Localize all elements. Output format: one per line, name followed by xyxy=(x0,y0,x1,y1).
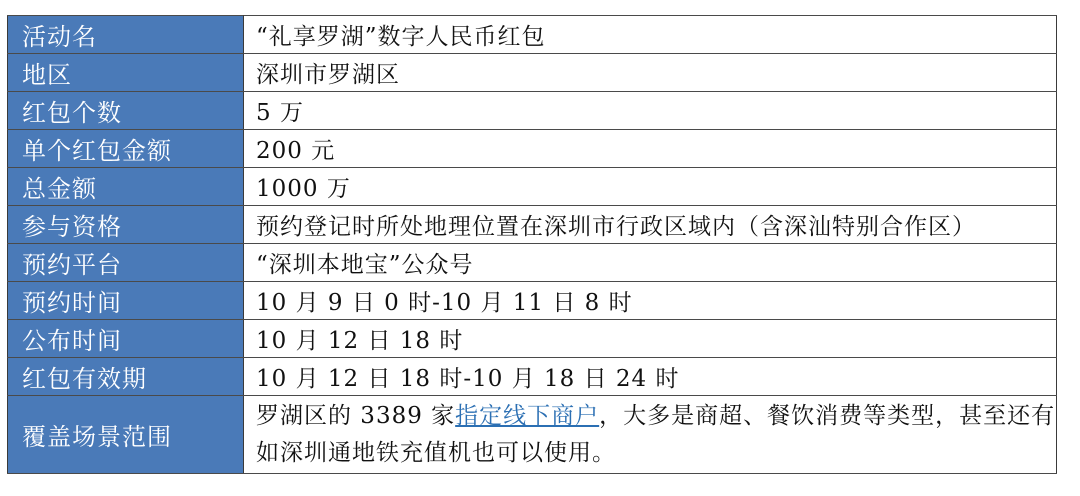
table-row: 活动名 “礼享罗湖”数字人民币红包 xyxy=(8,16,1057,54)
row-label: 红包个数 xyxy=(8,92,244,130)
row-label: 预约平台 xyxy=(8,244,244,282)
row-value: 深圳市罗湖区 xyxy=(244,54,1057,92)
row-value: “深圳本地宝”公众号 xyxy=(244,244,1057,282)
red-packet-info-table: 活动名 “礼享罗湖”数字人民币红包 地区 深圳市罗湖区 红包个数 5 万 单个红… xyxy=(7,15,1057,474)
row-label: 参与资格 xyxy=(8,206,244,244)
coverage-value: 罗湖区的 3389 家指定线下商户，大多是商超、餐饮消费等类型，甚至还有如深圳通… xyxy=(244,396,1057,474)
row-value: 200 元 xyxy=(244,130,1057,168)
table-row: 红包个数 5 万 xyxy=(8,92,1057,130)
row-value: 10 月 12 日 18 时-10 月 18 日 24 时 xyxy=(244,358,1057,396)
table-row: 预约时间 10 月 9 日 0 时-10 月 11 日 8 时 xyxy=(8,282,1057,320)
row-label: 红包有效期 xyxy=(8,358,244,396)
row-value: 5 万 xyxy=(244,92,1057,130)
row-value: “礼享罗湖”数字人民币红包 xyxy=(244,16,1057,54)
row-value: 10 月 12 日 18 时 xyxy=(244,320,1057,358)
table-row: 总金额 1000 万 xyxy=(8,168,1057,206)
row-label: 活动名 xyxy=(8,16,244,54)
row-value: 预约登记时所处地理位置在深圳市行政区域内（含深汕特别合作区） xyxy=(244,206,1057,244)
table-row: 预约平台 “深圳本地宝”公众号 xyxy=(8,244,1057,282)
row-label: 覆盖场景范围 xyxy=(8,396,244,474)
coverage-prefix: 罗湖区的 3389 家 xyxy=(256,403,455,429)
merchants-link[interactable]: 指定线下商户 xyxy=(455,403,599,429)
row-label: 预约时间 xyxy=(8,282,244,320)
table-row: 红包有效期 10 月 12 日 18 时-10 月 18 日 24 时 xyxy=(8,358,1057,396)
row-label: 公布时间 xyxy=(8,320,244,358)
row-label: 地区 xyxy=(8,54,244,92)
table-row: 单个红包金额 200 元 xyxy=(8,130,1057,168)
row-label: 总金额 xyxy=(8,168,244,206)
row-value: 1000 万 xyxy=(244,168,1057,206)
table-row: 公布时间 10 月 12 日 18 时 xyxy=(8,320,1057,358)
table-row-coverage: 覆盖场景范围 罗湖区的 3389 家指定线下商户，大多是商超、餐饮消费等类型，甚… xyxy=(8,396,1057,474)
row-value: 10 月 9 日 0 时-10 月 11 日 8 时 xyxy=(244,282,1057,320)
row-label: 单个红包金额 xyxy=(8,130,244,168)
table-row: 参与资格 预约登记时所处地理位置在深圳市行政区域内（含深汕特别合作区） xyxy=(8,206,1057,244)
table-row: 地区 深圳市罗湖区 xyxy=(8,54,1057,92)
